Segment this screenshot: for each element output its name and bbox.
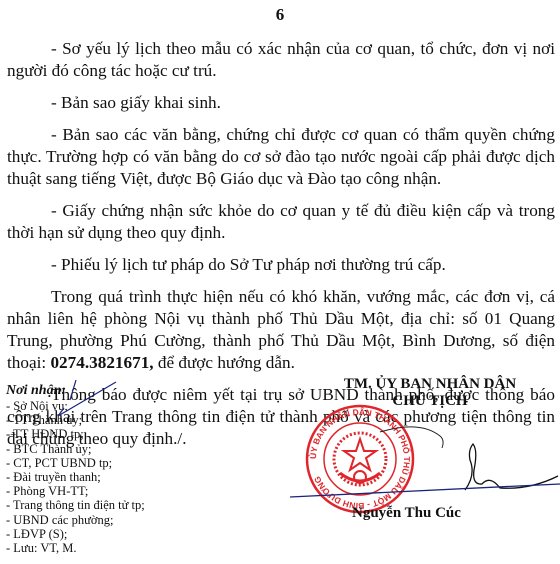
recipient-item: - Trang thông tin điện tử tp; <box>6 498 145 512</box>
signer-name: Nguyễn Thu Cúc <box>352 505 461 522</box>
recipient-item: - TT HĐND tp; <box>6 427 145 441</box>
paragraph-criminal-record: - Phiếu lý lịch tư pháp do Sở Tư pháp nơ… <box>7 254 555 276</box>
recipient-item: - UBND các phường; <box>6 513 145 527</box>
recipient-item: - Lưu: VT, M. <box>6 541 145 555</box>
recipient-item: - LĐVP (S); <box>6 527 145 541</box>
paragraph-diplomas: - Bản sao các văn bằng, chứng chỉ được c… <box>7 124 555 190</box>
recipients-list: Nơi nhận: - Sở Nội vụ; - TT Thành ủy; - … <box>6 383 145 555</box>
recipient-item: - BTC Thành ủy; <box>6 442 145 456</box>
recipient-item: - CT, PCT UBND tp; <box>6 456 145 470</box>
phone-number: 0274.3821671, <box>50 353 153 372</box>
paragraph-birth-certificate: - Bản sao giấy khai sinh. <box>7 92 555 114</box>
official-seal-icon: ỦY BAN NHÂN DÂN THÀNH PHỐ THỦ DẦU MỘT - … <box>304 403 416 515</box>
paragraph-health-certificate: - Giấy chứng nhận sức khỏe do cơ quan y … <box>7 200 555 244</box>
recipient-item: - TT Thành ủy; <box>6 413 145 427</box>
recipient-item: - Đài truyền thanh; <box>6 470 145 484</box>
signature-block: TM. ỦY BAN NHÂN DÂN CHỦ TỊCH <box>300 376 560 410</box>
recipient-item: - Phòng VH-TT; <box>6 484 145 498</box>
page-number: 6 <box>0 5 560 25</box>
paragraph-resume: - Sơ yếu lý lịch theo mẫu có xác nhận củ… <box>7 38 555 82</box>
paragraph-contact: Trong quá trình thực hiện nếu có khó khă… <box>7 286 555 374</box>
signature-title: TM. ỦY BAN NHÂN DÂN <box>300 376 560 393</box>
signature-role: CHỦ TỊCH <box>300 393 560 410</box>
contact-text-end: để được hướng dẫn. <box>154 353 295 372</box>
recipients-heading: Nơi nhận: <box>6 383 145 399</box>
recipient-item: - Sở Nội vụ; <box>6 399 145 413</box>
